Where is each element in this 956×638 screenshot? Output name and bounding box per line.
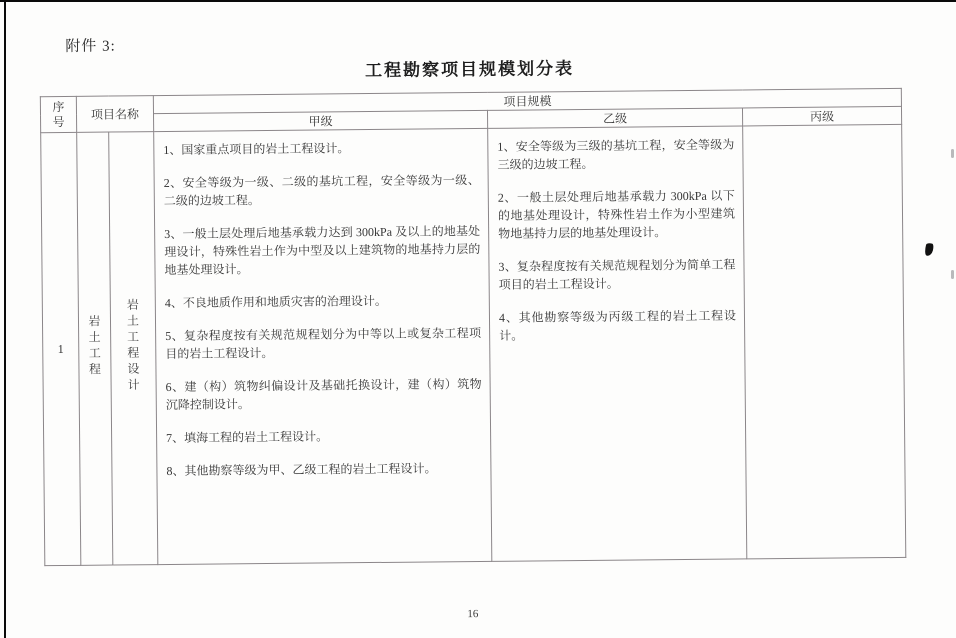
cell-serial: 1: [41, 132, 81, 565]
grade-a-item-list: 1、国家重点项目的岩土工程设计。2、安全等级为一级、二级的基坑工程，安全等级为一…: [163, 138, 482, 480]
table-row: 1 岩土工程 岩土工程设计 1、国家重点项目的岩土工程设计。2、安全等级为一级、…: [41, 124, 906, 565]
cell-subcategory: 岩土工程设计: [109, 132, 158, 565]
cell-subcategory-label: 岩土工程设计: [124, 298, 142, 394]
grade-a-item: 3、一般土层处理后地基承载力达到 300kPa 及以上的地基处理设计，特殊性岩土…: [164, 222, 481, 279]
page-number: 16: [3, 604, 943, 625]
scan-smudge: [951, 149, 954, 158]
col-header-serial: 序号: [40, 96, 76, 132]
cell-grade-c-items: [743, 124, 906, 559]
grade-b-item: 4、其他勘察等级为丙级工程的岩土工程设计。: [499, 307, 736, 345]
grade-b-item: 2、一般土层处理后地基承载力 300kPa 以下的地基处理设计，特殊性岩土作为小…: [498, 187, 736, 243]
grade-a-item: 2、安全等级为一级、二级的基坑工程，安全等级为一级、二级的边坡工程。: [164, 171, 480, 210]
scan-border-left: [4, 0, 6, 638]
cell-category-label: 岩土工程: [86, 315, 104, 379]
scan-border-top: [0, 0, 956, 2]
attachment-label: 附件 3:: [65, 34, 116, 55]
grade-a-item: 4、不良地质作用和地质灾害的治理设计。: [165, 291, 481, 312]
scale-classification-table: 序号 项目名称 项目规模 甲级 乙级 丙级: [40, 88, 907, 566]
col-header-serial-label: 序号: [52, 99, 65, 129]
col-header-project-name-label: 项目名称: [91, 107, 139, 121]
grade-a-item: 8、其他勘察等级为甲、乙级工程的岩土工程设计。: [166, 459, 482, 480]
page-title: 工程勘察项目规模划分表: [39, 51, 899, 84]
cell-grade-b-items: 1、安全等级为三级的基坑工程，安全等级为三级的边坡工程。2、一般土层处理后地基承…: [488, 126, 747, 561]
grade-a-item: 7、填海工程的岩土工程设计。: [166, 426, 482, 447]
grade-a-item: 1、国家重点项目的岩土工程设计。: [163, 138, 479, 159]
col-header-grade-b-label: 乙级: [603, 112, 627, 126]
grade-b-item: 1、安全等级为三级的基坑工程，安全等级为三级的边坡工程。: [497, 136, 734, 174]
grade-b-item-list: 1、安全等级为三级的基坑工程，安全等级为三级的边坡工程。2、一般土层处理后地基承…: [497, 136, 736, 345]
col-header-grade-c: 丙级: [742, 106, 901, 126]
grade-b-item: 3、复杂程度按有关规范规程划分为简单工程项目的岩土工程设计。: [498, 256, 735, 294]
col-header-grade-c-label: 丙级: [810, 110, 834, 124]
grade-c-item-list: [752, 134, 893, 135]
cell-category: 岩土工程: [77, 132, 113, 565]
cell-grade-a-items: 1、国家重点项目的岩土工程设计。2、安全等级为一级、二级的基坑工程，安全等级为一…: [154, 128, 492, 564]
grade-a-item: 5、复杂程度按有关规范规程划分为中等以上或复杂工程项目的岩土工程设计。: [165, 324, 481, 363]
grade-a-item: 6、建（构）筑物纠偏设计及基础托换设计，建（构）筑物沉降控制设计。: [166, 375, 482, 414]
scanned-page: 附件 3: 工程勘察项目规模划分表 序号 项目名称 项目规模: [0, 0, 956, 638]
col-header-grade-a-label: 甲级: [309, 114, 333, 128]
col-header-project-name: 项目名称: [76, 96, 153, 133]
scan-smudge: [951, 270, 954, 279]
col-header-project-scale-label: 项目规模: [503, 94, 551, 108]
